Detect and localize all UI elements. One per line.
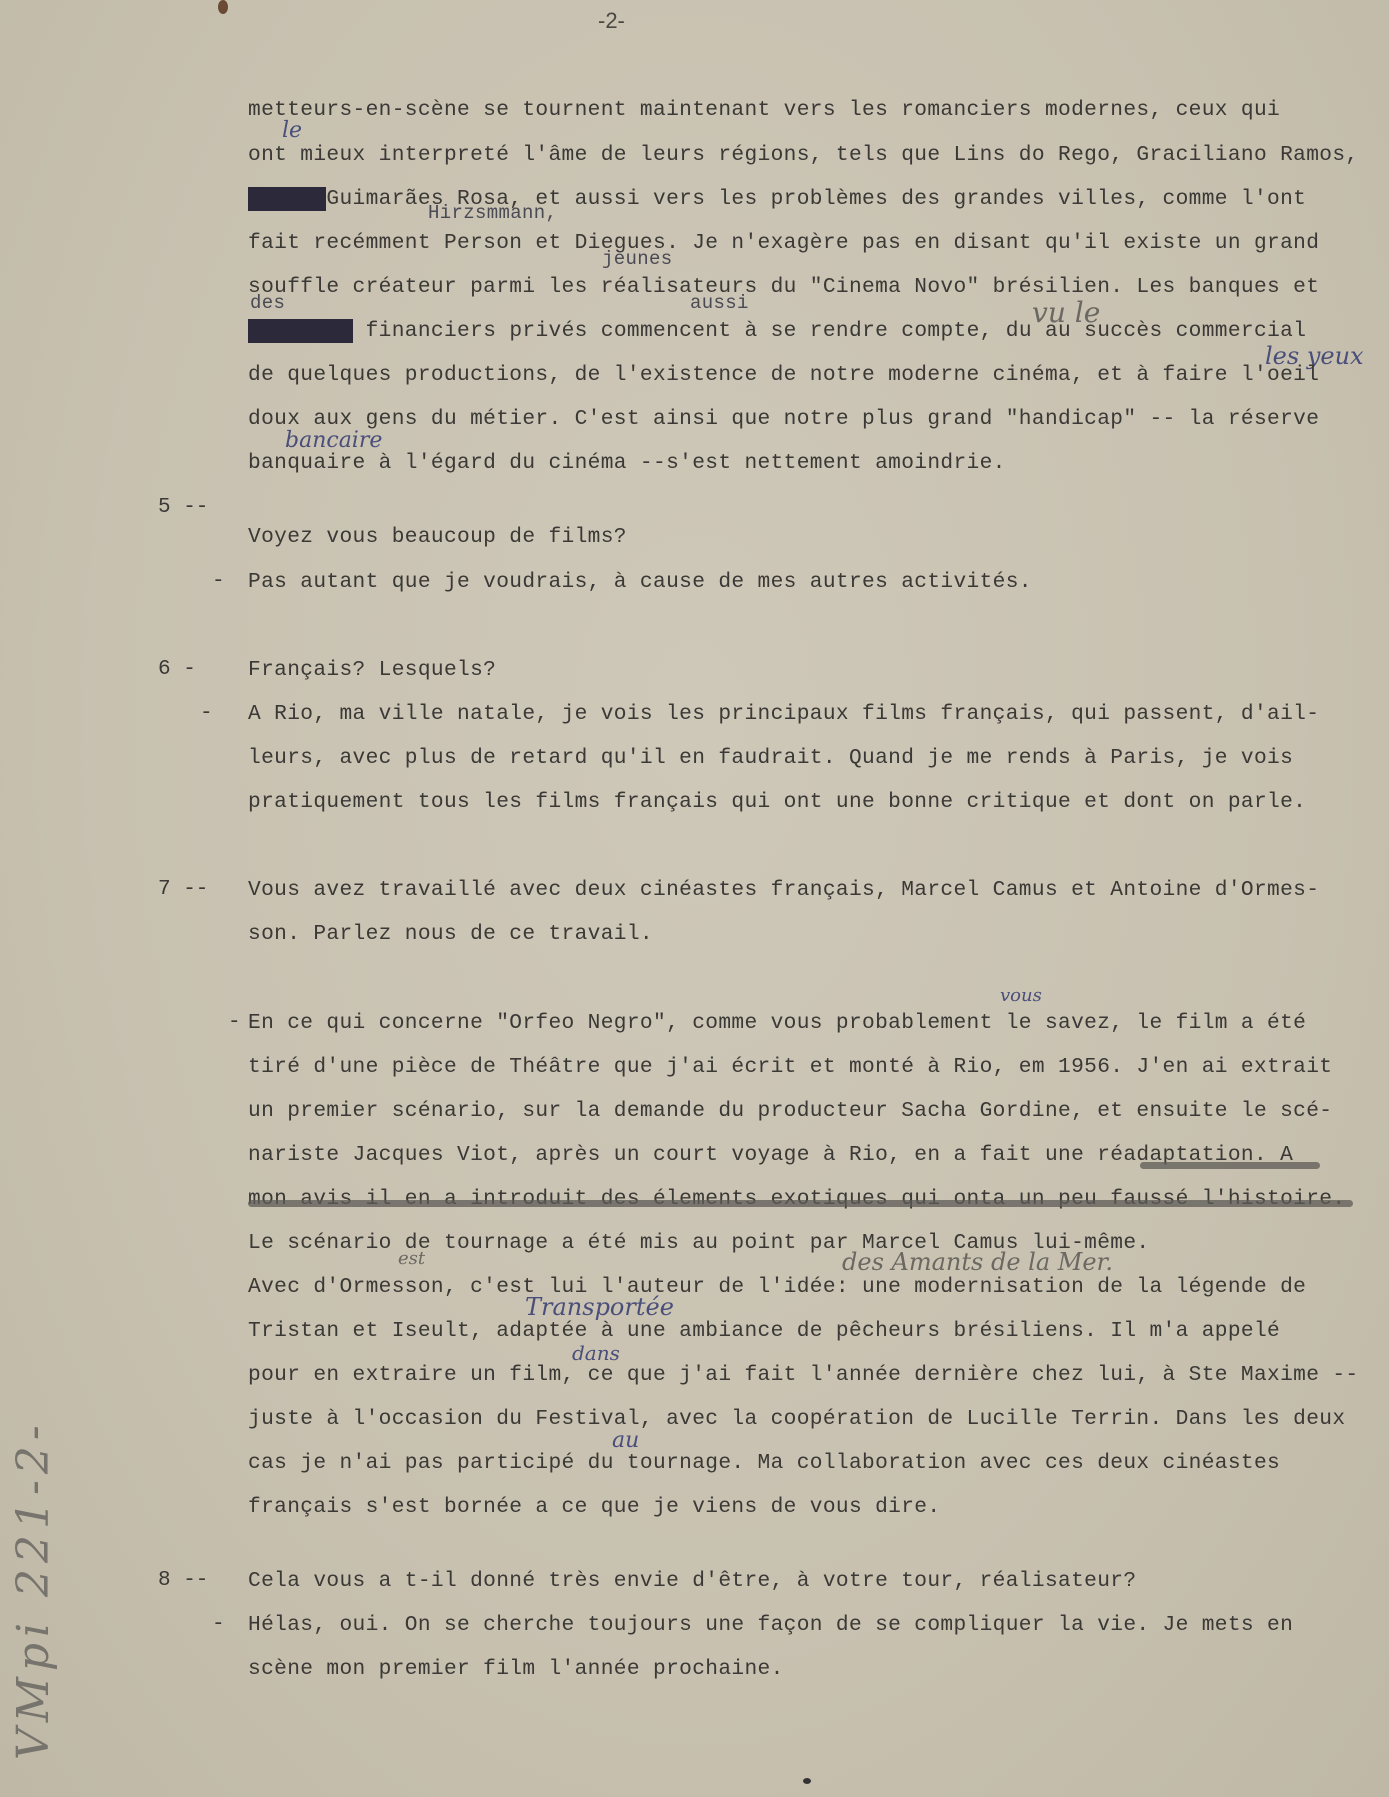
- answer-dash: -: [212, 570, 225, 593]
- answer-line: nariste Jacques Viot, après un court voy…: [248, 1143, 1293, 1167]
- annotation-hirzsmmann: Hirzsmmann,: [428, 202, 557, 224]
- pencil-strikethrough: [248, 1200, 1353, 1207]
- intro-line-7: de quelques productions, de l'existence …: [248, 363, 1319, 387]
- ink-stain: [803, 1778, 811, 1784]
- question-text: Vous avez travaillé avec deux cinéastes …: [248, 878, 1319, 902]
- answer-line: juste à l'occasion du Festival, avec la …: [248, 1407, 1345, 1431]
- annotation-des: des: [250, 292, 285, 314]
- annotation-le: le: [282, 118, 302, 143]
- question-text: Cela vous a t-il donné très envie d'être…: [248, 1569, 1136, 1593]
- struck-word: Guimar: [248, 187, 326, 211]
- answer-line: cas je n'ai pas participé du tournage. M…: [248, 1451, 1280, 1475]
- pencil-strikethrough: [1140, 1162, 1320, 1169]
- answer-line: Tristan et Iseult, adaptée à une ambianc…: [248, 1319, 1280, 1343]
- margin-archive-note: VMpi 221-2-: [8, 1380, 68, 1760]
- answer-dash: -: [200, 702, 213, 725]
- question-number: 7 --: [158, 878, 208, 901]
- annotation-bancaire: bancaire: [285, 428, 382, 453]
- page-number: -2-: [598, 8, 625, 34]
- question-number: 5 --: [158, 496, 208, 519]
- question-number: 8 --: [158, 1569, 208, 1592]
- intro-line-2: ont mieux interpreté l'âme de leurs régi…: [248, 143, 1359, 167]
- answer-dash: -: [228, 1011, 241, 1034]
- struck-word: quelques: [248, 319, 353, 343]
- answer-line: tiré d'une pièce de Théâtre que j'ai écr…: [248, 1055, 1332, 1079]
- answer-line: pour en extraire un film, ce que j'ai fa…: [248, 1363, 1359, 1387]
- answer-line: français s'est bornée a ce que je viens …: [248, 1495, 940, 1519]
- annotation-aussi: aussi: [690, 292, 749, 314]
- intro-line-5: souffle créateur parmi les réalisateurs …: [248, 275, 1319, 299]
- annotation-des-amants: des Amants de la Mer.: [842, 1248, 1113, 1276]
- question-text: Français? Lesquels?: [248, 658, 496, 682]
- annotation-au: au: [612, 1428, 639, 1453]
- answer-line: scène mon premier film l'année prochaine…: [248, 1657, 784, 1681]
- answer-line: Avec d'Ormesson, c'est lui l'auteur de l…: [248, 1275, 1306, 1299]
- intro-line-6: quelques financiers privés commencent à …: [248, 319, 1306, 343]
- question-number: 6 -: [158, 658, 196, 681]
- intro-line-3: GuimarGuimarães Rosa, et aussi vers les …: [248, 187, 1306, 211]
- answer-line: Pas autant que je voudrais, à cause de m…: [248, 570, 1032, 594]
- answer-line: un premier scénario, sur la demande du p…: [248, 1099, 1332, 1123]
- answer-line: En ce qui concerne "Orfeo Negro", comme …: [248, 1011, 1306, 1035]
- answer-line: leurs, avec plus de retard qu'il en faud…: [248, 746, 1293, 770]
- annotation-est: est: [398, 1248, 425, 1269]
- answer-line: A Rio, ma ville natale, je vois les prin…: [248, 702, 1319, 726]
- question-text: son. Parlez nous de ce travail.: [248, 922, 653, 946]
- intro-line-1: metteurs-en-scène se tournent maintenant…: [248, 98, 1280, 122]
- annotation-transportee: Transportée: [525, 1293, 674, 1321]
- intro-line-6-text: financiers privés commencent à se rendre…: [366, 319, 1307, 343]
- intro-line-4: fait recémment Person et Diegues. Je n'e…: [248, 231, 1319, 255]
- intro-line-9: banquaire à l'égard du cinéma --s'est ne…: [248, 451, 1006, 475]
- answer-line: pratiquement tous les films français qui…: [248, 790, 1306, 814]
- answer-line-struck: mon avis il en a introduit des élements …: [248, 1187, 1345, 1211]
- ink-stain: [218, 0, 228, 14]
- answer-dash: -: [212, 1613, 225, 1636]
- annotation-jeunes: jeunes: [602, 248, 673, 270]
- intro-line-8: doux aux gens du métier. C'est ainsi que…: [248, 407, 1319, 431]
- answer-line: Hélas, oui. On se cherche toujours une f…: [248, 1613, 1293, 1637]
- annotation-dans: dans: [572, 1341, 620, 1365]
- annotation-vous: vous: [1000, 985, 1042, 1006]
- question-text: Voyez vous beaucoup de films?: [248, 525, 627, 549]
